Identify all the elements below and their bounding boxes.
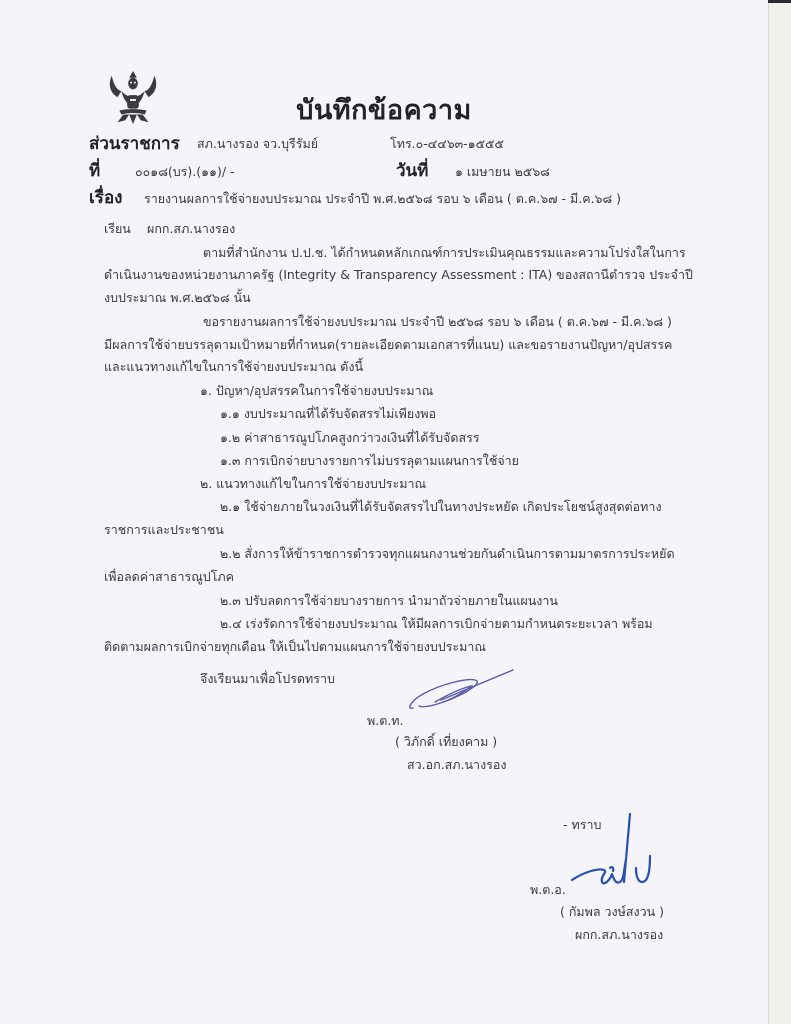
section2-item-2-line2: เพื่อลดค่าสาธารณูปโภค <box>104 567 234 587</box>
paragraph2-line3: และแนวทางแก้ไขในการใช้จ่ายงบประมาณ ดังนี… <box>104 357 363 377</box>
section1-item-2: ๑.๒ ค่าสาธารณูปโภคสูงกว่าวงเงินที่ได้รับ… <box>220 428 480 448</box>
agency-row: ส่วนราชการ <box>89 130 180 157</box>
memo-title: บันทึกข้อความ <box>0 88 768 131</box>
date-value: ๑ เมษายน ๒๕๖๘ <box>455 162 550 182</box>
signer1-name: ( วิภักดิ์ เที่ยงคาม ) <box>395 732 497 752</box>
paragraph1-line2: ดำเนินงานของหน่วยงานภาครัฐ (Integrity & … <box>104 265 693 285</box>
section1-item-1: ๑.๑ งบประมาณที่ได้รับจัดสรรไม่เพียงพอ <box>220 404 436 424</box>
signer2-rank: พ.ต.อ. <box>530 880 566 900</box>
paragraph1-line1: ตามที่สำนักงาน ป.ป.ช. ได้กำหนดหลักเกณฑ์ก… <box>203 243 686 263</box>
signer2-name: ( กัมพล วงษ์สงวน ) <box>560 902 664 922</box>
section2-item-1-line2: ราชการและประชาชน <box>104 520 224 540</box>
memo-page: บันทึกข้อความ ส่วนราชการ สภ.นางรอง จว.บุ… <box>0 0 768 1024</box>
section1-heading: ๑. ปัญหา/อุปสรรคในการใช้จ่ายงบประมาณ <box>200 381 433 401</box>
ref-number: ๐๐๑๘(บร).(๑๑)/ - <box>135 162 235 182</box>
signature-1-icon <box>405 668 515 718</box>
section1-item-3: ๑.๓ การเบิกจ่ายบางรายการไม่บรรลุตามแผนกา… <box>220 451 519 471</box>
signer1-position: สว.อก.สภ.นางรอง <box>407 755 507 775</box>
paragraph2-line1: ขอรายงานผลการใช้จ่ายงบประมาณ ประจำปี ๒๕๖… <box>203 312 672 332</box>
section2-heading: ๒. แนวทางแก้ไขในการใช้จ่ายงบประมาณ <box>200 474 426 494</box>
section2-item-4-line1: ๒.๔ เร่งรัดการใช้จ่ายงบประมาณ ให้มีผลการ… <box>220 614 653 634</box>
section2-item-1-line1: ๒.๑ ใช้จ่ายภายในวงเงินที่ได้รับจัดสรรไปใ… <box>220 497 662 517</box>
signer1-rank: พ.ต.ท. <box>367 711 404 731</box>
ref-label: ที่ <box>89 161 100 181</box>
subject-label: เรื่อง <box>89 188 122 208</box>
section2-item-4-line2: ติดตามผลการเบิกจ่ายทุกเดือน ให้เป็นไปตาม… <box>104 637 486 657</box>
salutation-label: เรียน <box>104 219 131 239</box>
section2-item-2-line1: ๒.๒ สั่งการให้ข้าราชการตำรวจทุกแผนกงานช่… <box>220 544 675 564</box>
date-label: วันที่ <box>396 161 428 181</box>
phone-number: โทร.๐-๔๔๖๓-๑๕๕๕ <box>390 134 504 154</box>
section2-item-3: ๒.๓ ปรับลดการใช้จ่ายบางรายการ นำมาถัวจ่า… <box>220 591 558 611</box>
subject-value: รายงานผลการใช้จ่ายงบประมาณ ประจำปี พ.ศ.๒… <box>144 189 621 209</box>
scanner-edge <box>768 0 791 1024</box>
agency-value: สภ.นางรอง จว.บุรีรัมย์ <box>197 134 318 154</box>
signature-2-icon <box>570 810 665 890</box>
paragraph2-line2: มีผลการใช้จ่ายบรรลุตามเป้าหมายที่กำหนด(ร… <box>104 335 672 355</box>
paragraph1-line3: งบประมาณ พ.ศ.๒๕๖๘ นั้น <box>104 288 251 308</box>
signer2-position: ผกก.สภ.นางรอง <box>575 925 663 945</box>
agency-label: ส่วนราชการ <box>89 134 180 154</box>
closing-line: จึงเรียนมาเพื่อโปรดทราบ <box>200 669 335 689</box>
salutation-recipient: ผกก.สภ.นางรอง <box>147 219 235 239</box>
